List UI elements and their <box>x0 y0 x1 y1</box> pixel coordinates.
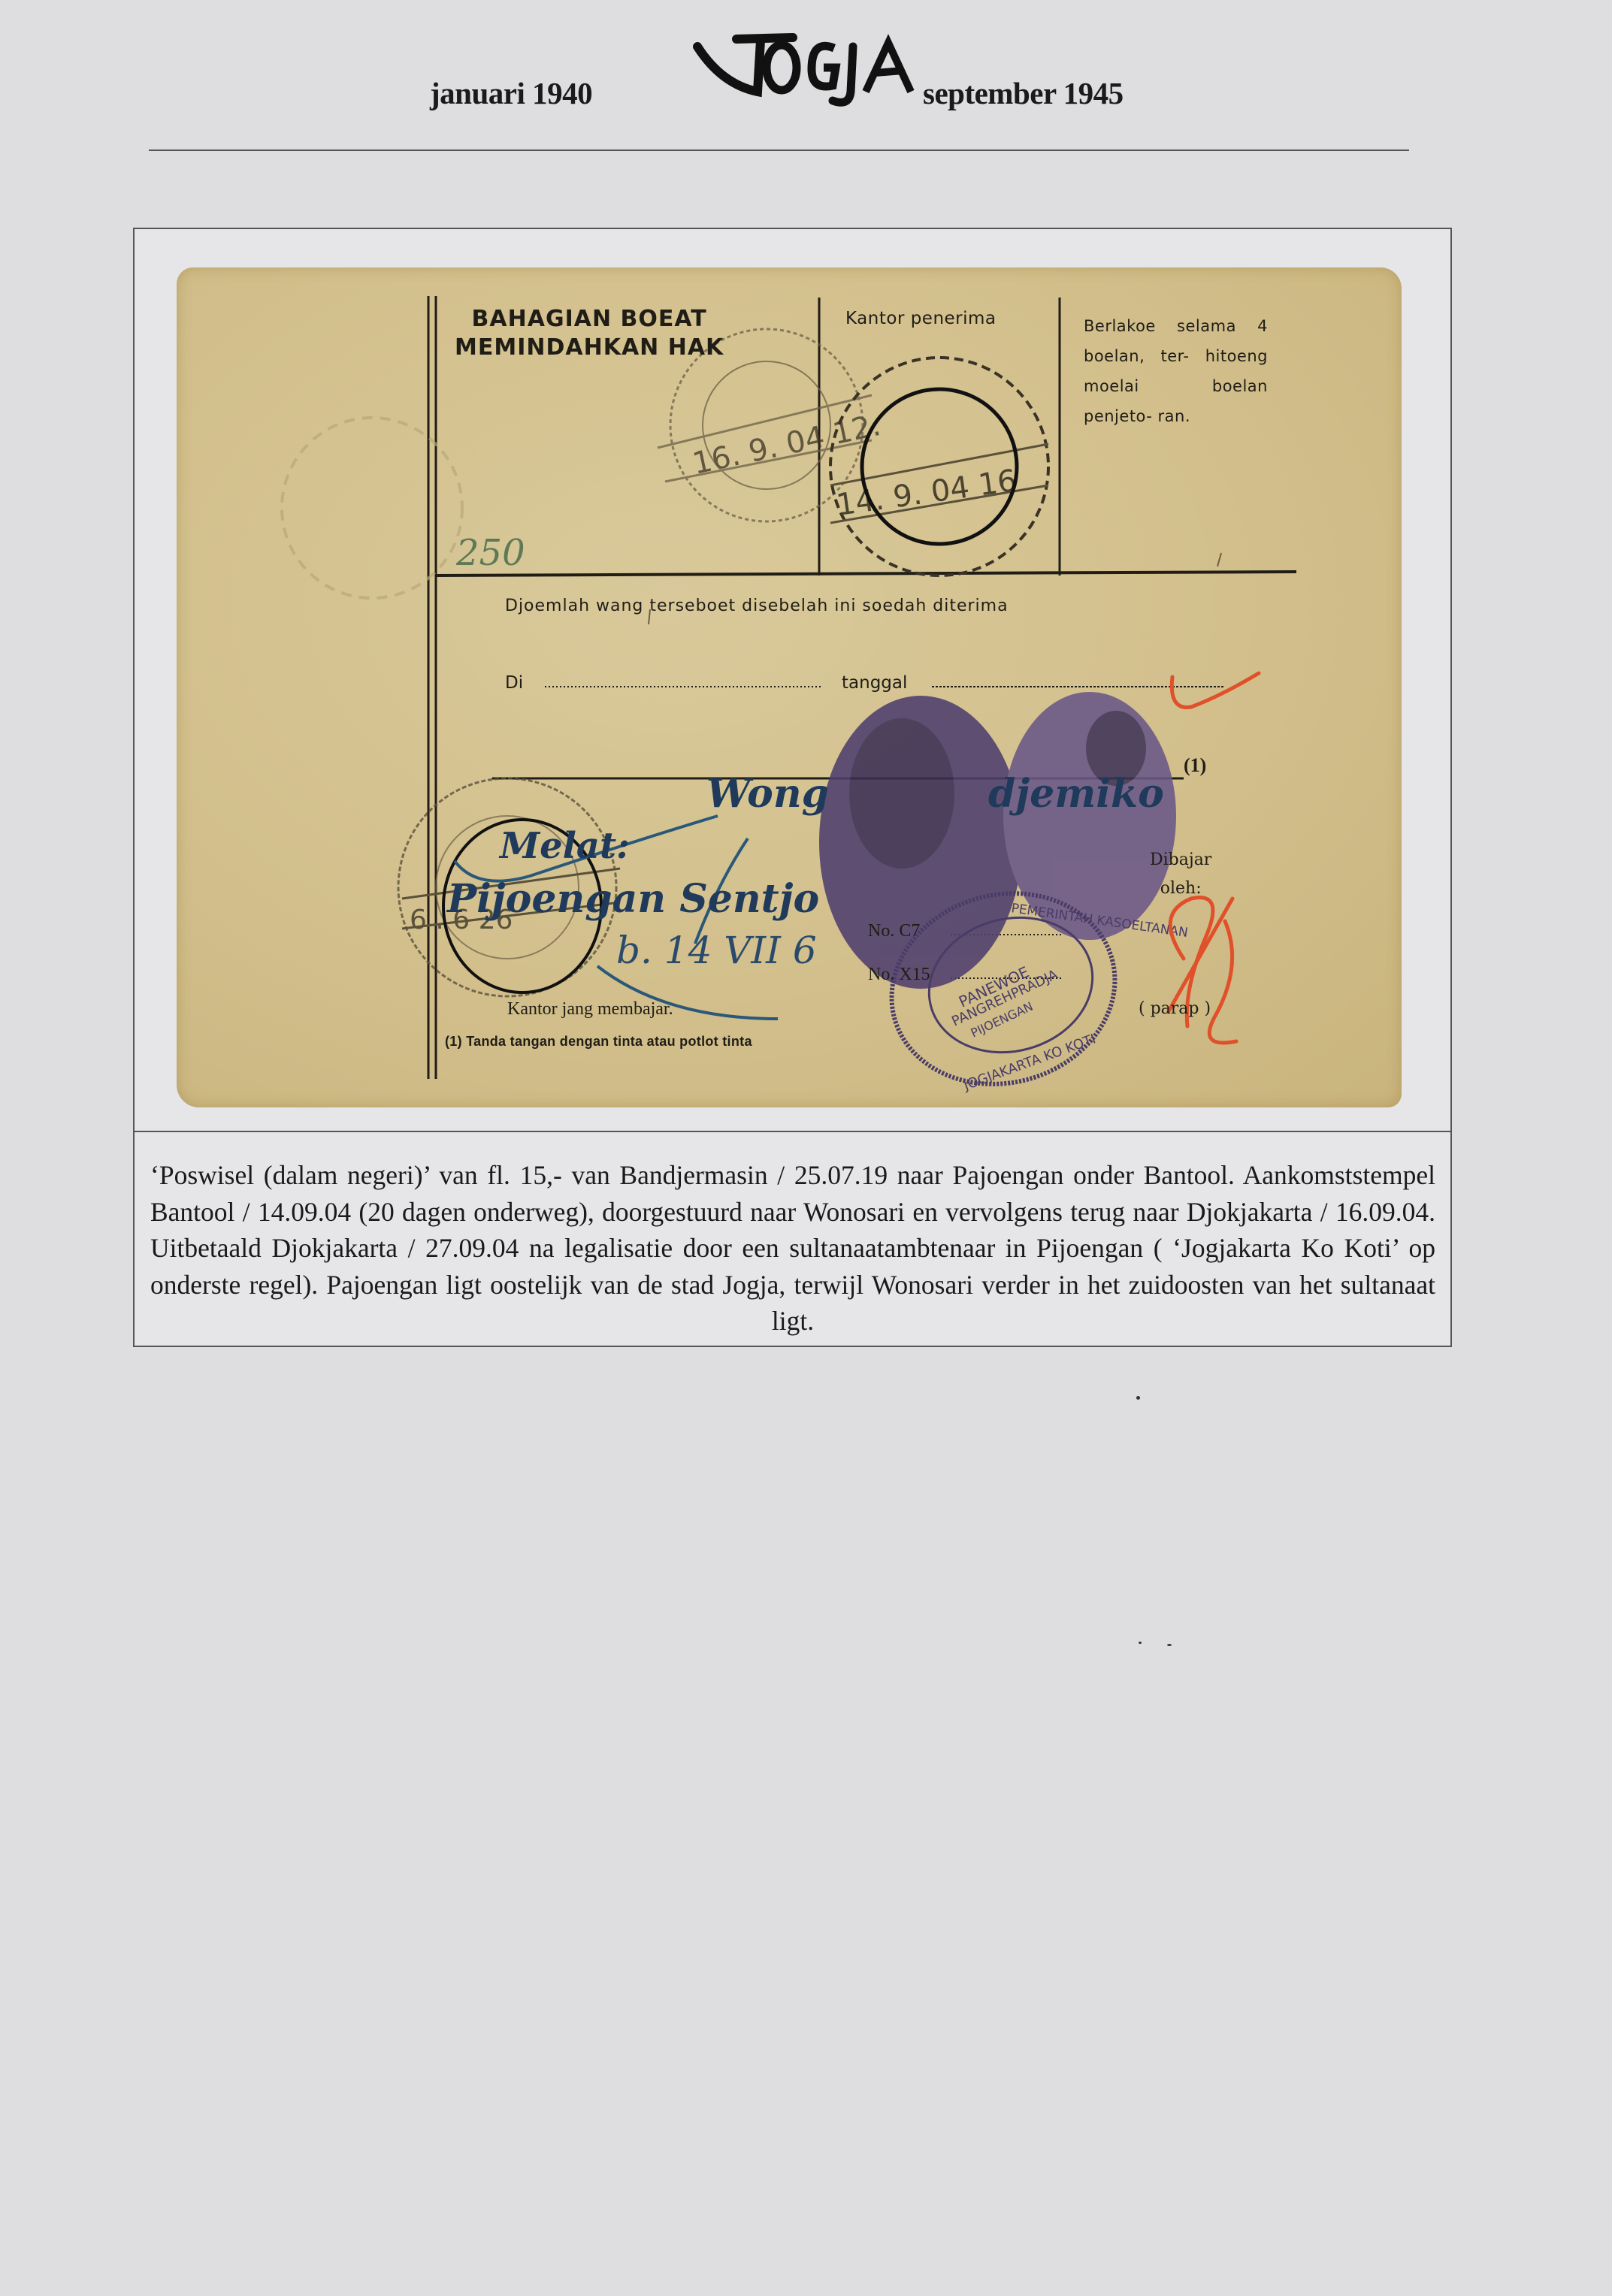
dust-speck <box>1167 1644 1172 1646</box>
frame-divider <box>133 1131 1452 1132</box>
validity-text: Berlakoe selama 4 boelan, ter- hitoeng m… <box>1084 311 1268 431</box>
paid-by-line1: Dibajar <box>1150 846 1211 875</box>
svg-text:JOGJA: JOGJA <box>691 17 694 17</box>
fingerprints <box>819 692 1176 989</box>
header-date-from: januari 1940 <box>430 75 592 111</box>
description-caption: ‘Poswisel (dalam negeri)’ van fl. 15,- v… <box>150 1157 1435 1340</box>
svg-text:JOGJAKARTA KO KOTI: JOGJAKARTA KO KOTI <box>961 1032 1098 1094</box>
jogja-logo: JOGJA <box>691 17 932 107</box>
number-line-2: No. X15 <box>868 965 930 985</box>
card-title-line1: BAHAGIAN BOEAT <box>455 305 724 334</box>
dust-speck <box>1139 1642 1142 1644</box>
paying-office-label: Kantor jang membajar. <box>507 999 673 1020</box>
number-line-1: No. C7 <box>868 921 920 941</box>
dust-speck <box>1136 1396 1140 1400</box>
postmark-bantool: 14. 9. 04 16 <box>830 358 1048 576</box>
handwritten-location: Pijoengan Sentjo <box>447 876 819 922</box>
header-date-to: september 1945 <box>923 75 1124 111</box>
paid-by-label: Dibajar oleh: <box>1150 846 1211 903</box>
card-title: BAHAGIAN BOEAT MEMINDAHKAN HAK <box>455 305 724 362</box>
footnote-marker: (1) <box>1184 754 1206 777</box>
card-title-line2: MEMINDAHKAN HAK <box>455 334 724 362</box>
place-label: Di <box>505 673 523 693</box>
handwritten-signature-left: Wong <box>706 771 829 817</box>
paid-by-line2: oleh: <box>1150 875 1211 903</box>
handwritten-reference: b. 14 VII 6 <box>616 929 817 972</box>
handwritten-amount: 250 <box>456 532 525 574</box>
receiving-office-label: Kantor penerima <box>845 309 997 328</box>
svg-text:16. 9. 04 12.: 16. 9. 04 12. <box>690 408 884 482</box>
handwritten-signature-right: djemiko <box>988 771 1164 817</box>
received-statement: Djoemlah wang terseboet disebelah ini so… <box>505 597 1009 615</box>
initials-label: ( parap ) <box>1139 999 1211 1018</box>
postal-money-order-card: 16. 9. 04 12. 14. 9. 04 16 6 . 6 26 <box>177 267 1402 1107</box>
date-label: tanggal <box>842 673 907 693</box>
handwritten-melat: Melat: <box>500 825 630 867</box>
footnote-text: (1) Tanda tangan dengan tinta atau potlo… <box>445 1034 752 1050</box>
header-rule <box>149 150 1409 151</box>
